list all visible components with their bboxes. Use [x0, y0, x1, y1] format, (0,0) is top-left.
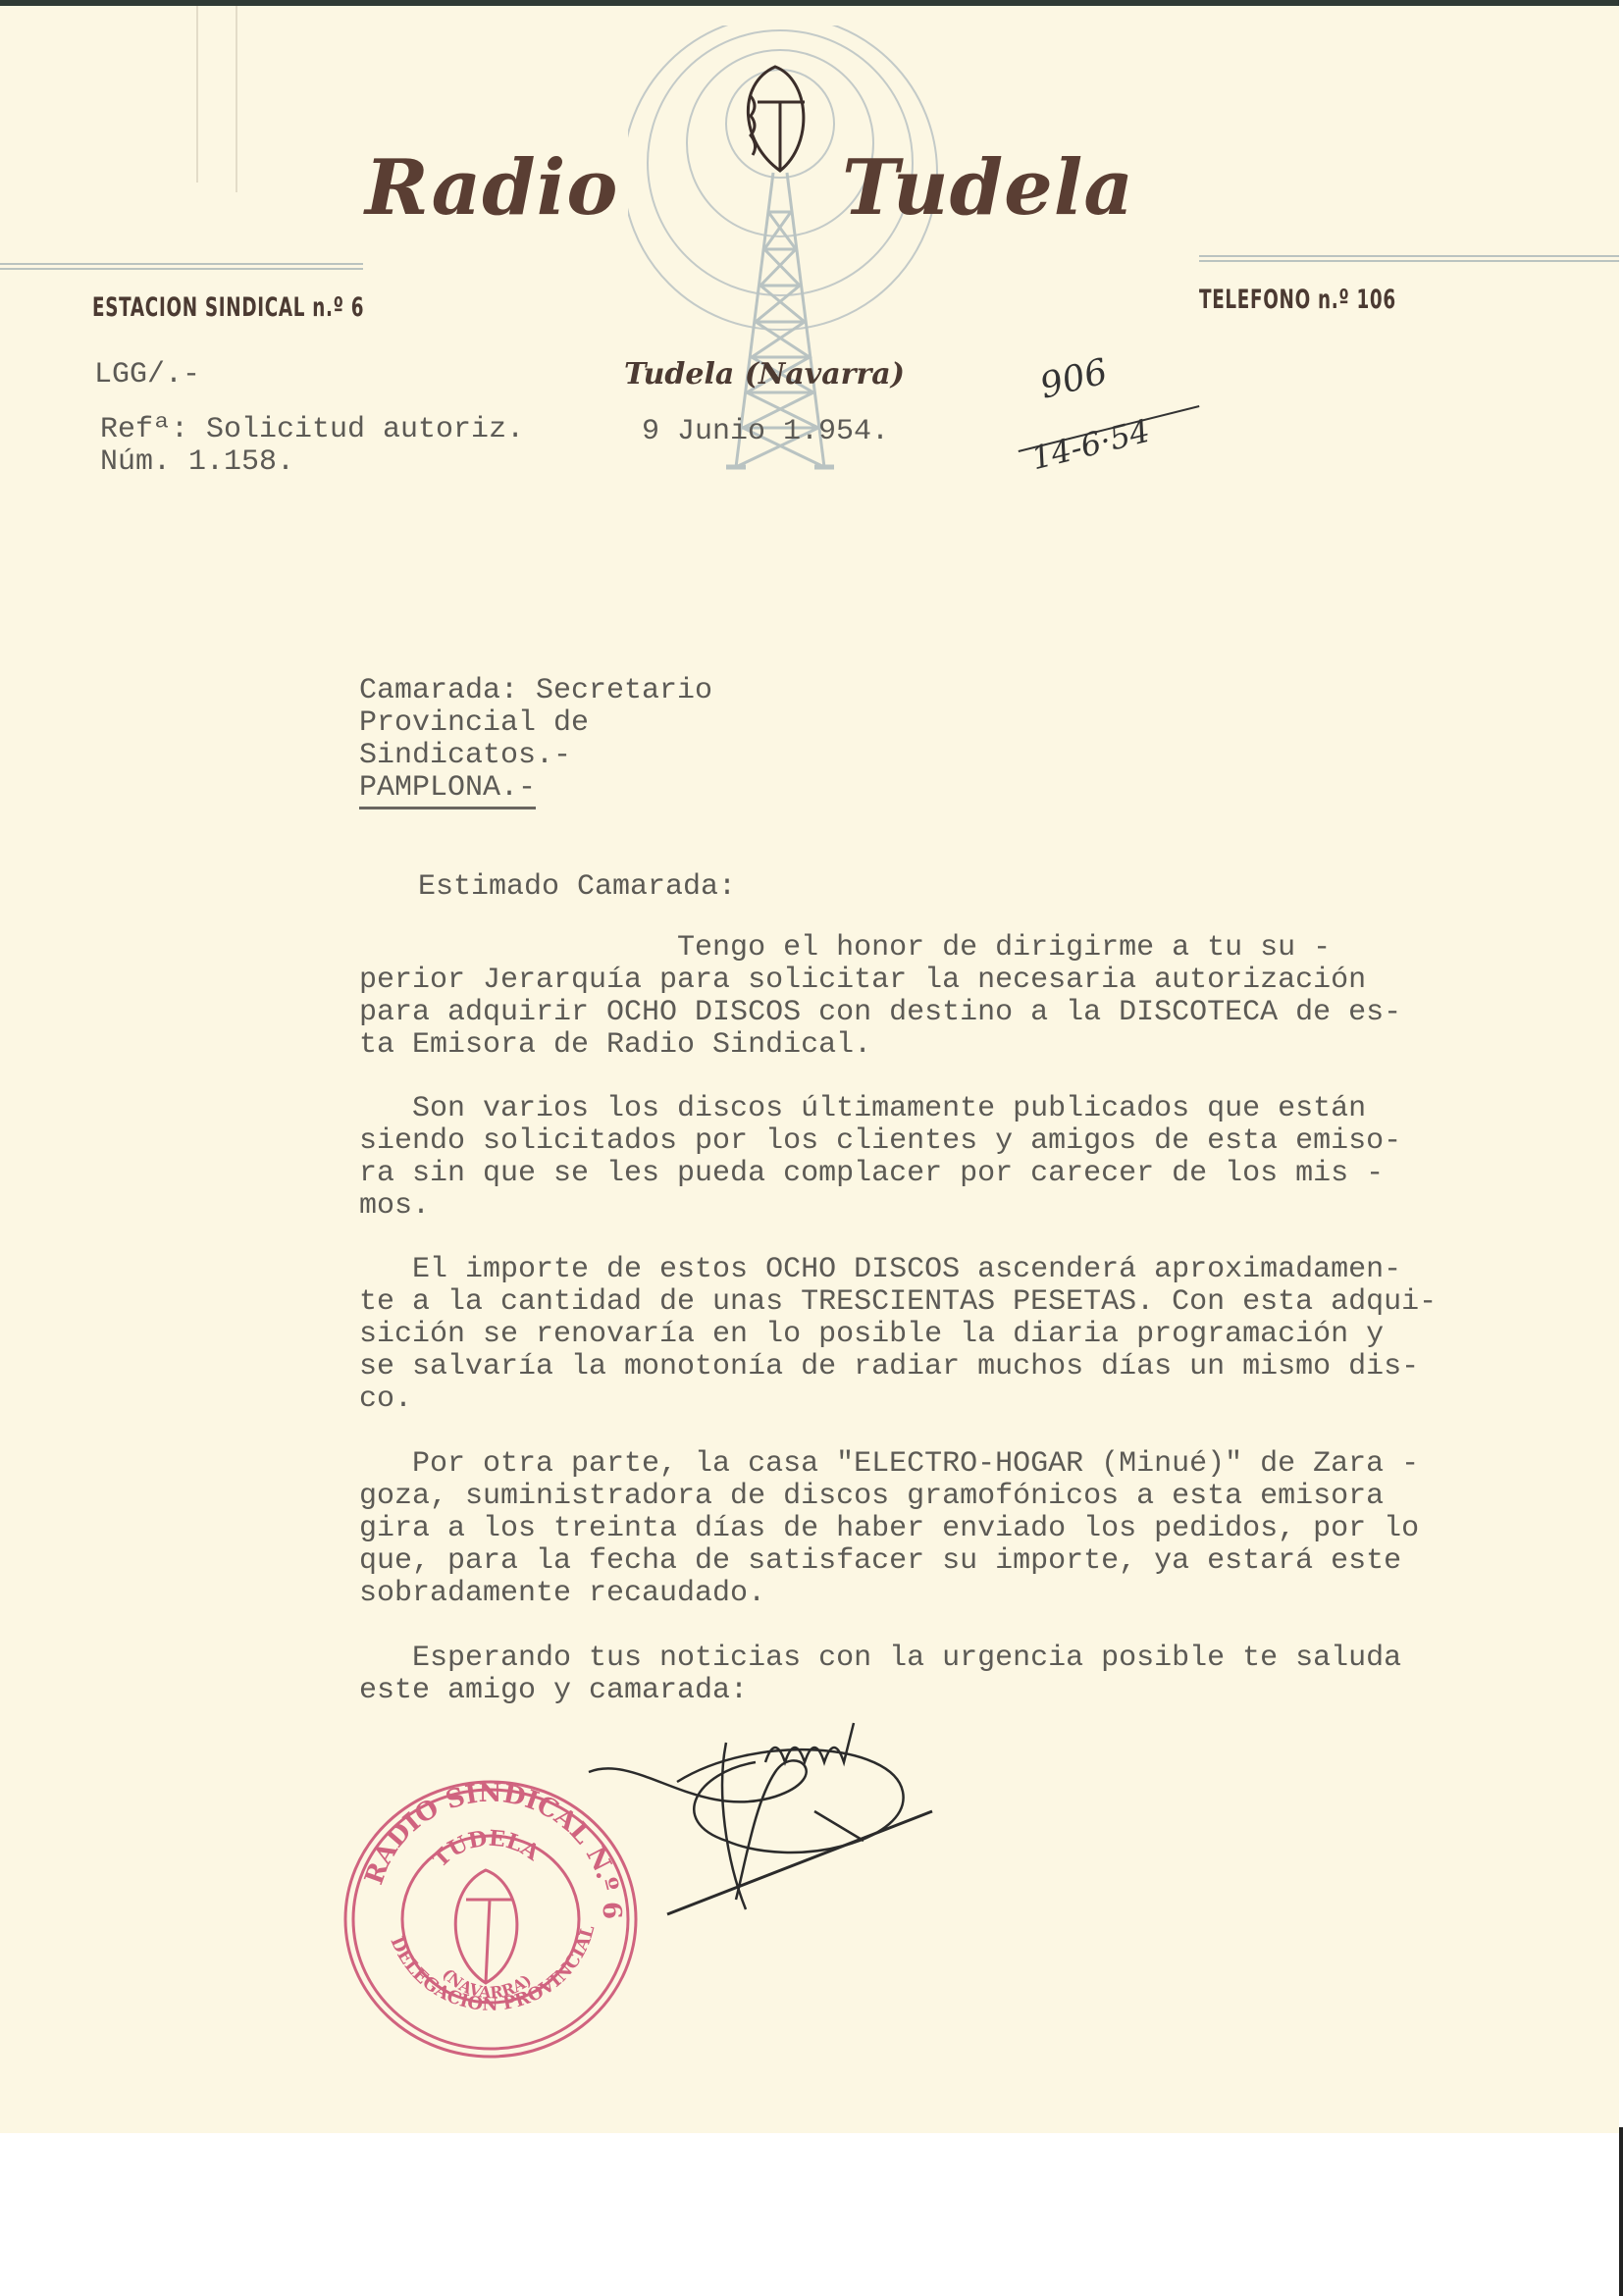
- body-line: sición se renovaría en lo posible la dia…: [359, 1319, 1437, 1351]
- body-line: gira a los treinta días de haber enviado…: [359, 1513, 1419, 1545]
- salutation: Estimado Camarada:: [418, 871, 736, 904]
- registry-date: 14-6·54: [1027, 412, 1153, 478]
- body-line: ta Emisora de Radio Sindical.: [359, 1029, 1401, 1062]
- header-rule-left: [0, 263, 363, 270]
- letter-date: 9 Junio 1.954.: [642, 416, 889, 448]
- header-rule-right: [1199, 255, 1619, 262]
- body-paragraph-4: Por otra parte, la casa "ELECTRO-HOGAR (…: [359, 1448, 1419, 1610]
- body-line: siendo solicitados por los clientes y am…: [359, 1125, 1401, 1158]
- station-label: ESTACION SINDICAL n.º 6: [92, 292, 364, 323]
- body-paragraph-2: Son varios los discos últimamente public…: [359, 1093, 1401, 1223]
- body-line: perior Jerarquía para solicitar la neces…: [359, 965, 1401, 997]
- body-line: El importe de estos OCHO DISCOS ascender…: [359, 1254, 1437, 1286]
- recipient-line: Camarada: Secretario: [359, 675, 712, 707]
- body-line: sobradamente recaudado.: [359, 1578, 1419, 1610]
- fold-mark: [236, 6, 237, 192]
- scan-edge: [1619, 2127, 1623, 2296]
- brand-name-tudela: Tudela: [842, 143, 1134, 233]
- registry-number: 906: [1036, 351, 1112, 406]
- body-paragraph-1: Tengo el honor de dirigirme a tu su - pe…: [359, 932, 1401, 1062]
- phone-label: TELEFONO n.º 106: [1199, 285, 1396, 315]
- radio-tower-logo-icon: [628, 26, 962, 477]
- recipient-line: Sindicatos.-: [359, 740, 712, 772]
- letter-page: Radio Tudela ESTACION SINDICAL n.º 6 TEL…: [0, 0, 1619, 2133]
- body-line: que, para la fecha de satisfacer su impo…: [359, 1545, 1419, 1578]
- recipient-line: Provincial de: [359, 707, 712, 740]
- closing: Esperando tus noticias con la urgencia p…: [359, 1643, 1401, 1707]
- letterhead-city: Tudela (Navarra): [624, 357, 905, 391]
- body-line: mos.: [359, 1190, 1401, 1223]
- body-line: Por otra parte, la casa "ELECTRO-HOGAR (…: [359, 1448, 1419, 1481]
- brand-name-radio: Radio: [365, 143, 618, 233]
- body-line: se salvaría la monotonía de radiar mucho…: [359, 1351, 1437, 1383]
- body-line: para adquirir OCHO DISCOS con destino a …: [359, 997, 1401, 1029]
- body-line: Tengo el honor de dirigirme a tu su -: [359, 932, 1401, 965]
- recipient-block: Camarada: Secretario Provincial de Sindi…: [359, 675, 712, 805]
- reference-number: Núm. 1.158.: [100, 446, 294, 479]
- typist-initials: LGG/.-: [94, 359, 200, 391]
- body-line: Son varios los discos últimamente public…: [359, 1093, 1401, 1125]
- body-line: Esperando tus noticias con la urgencia p…: [359, 1643, 1401, 1675]
- official-stamp: RADIO SINDICAL N.º 6 DELEGACION PROVINCI…: [339, 1762, 643, 2066]
- yoke-arrows-emblem-icon: [748, 67, 805, 171]
- body-line: te a la cantidad de unas TRESCIENTAS PES…: [359, 1286, 1437, 1319]
- body-paragraph-3: El importe de estos OCHO DISCOS ascender…: [359, 1254, 1437, 1416]
- body-line: ra sin que se les pueda complacer por ca…: [359, 1158, 1401, 1190]
- body-line: goza, suministradora de discos gramofóni…: [359, 1481, 1419, 1513]
- recipient-city: PAMPLONA.-: [359, 771, 536, 809]
- body-line: co.: [359, 1383, 1437, 1416]
- reference-subject: Refª: Solicitud autoriz.: [100, 414, 524, 446]
- fold-mark: [196, 6, 198, 183]
